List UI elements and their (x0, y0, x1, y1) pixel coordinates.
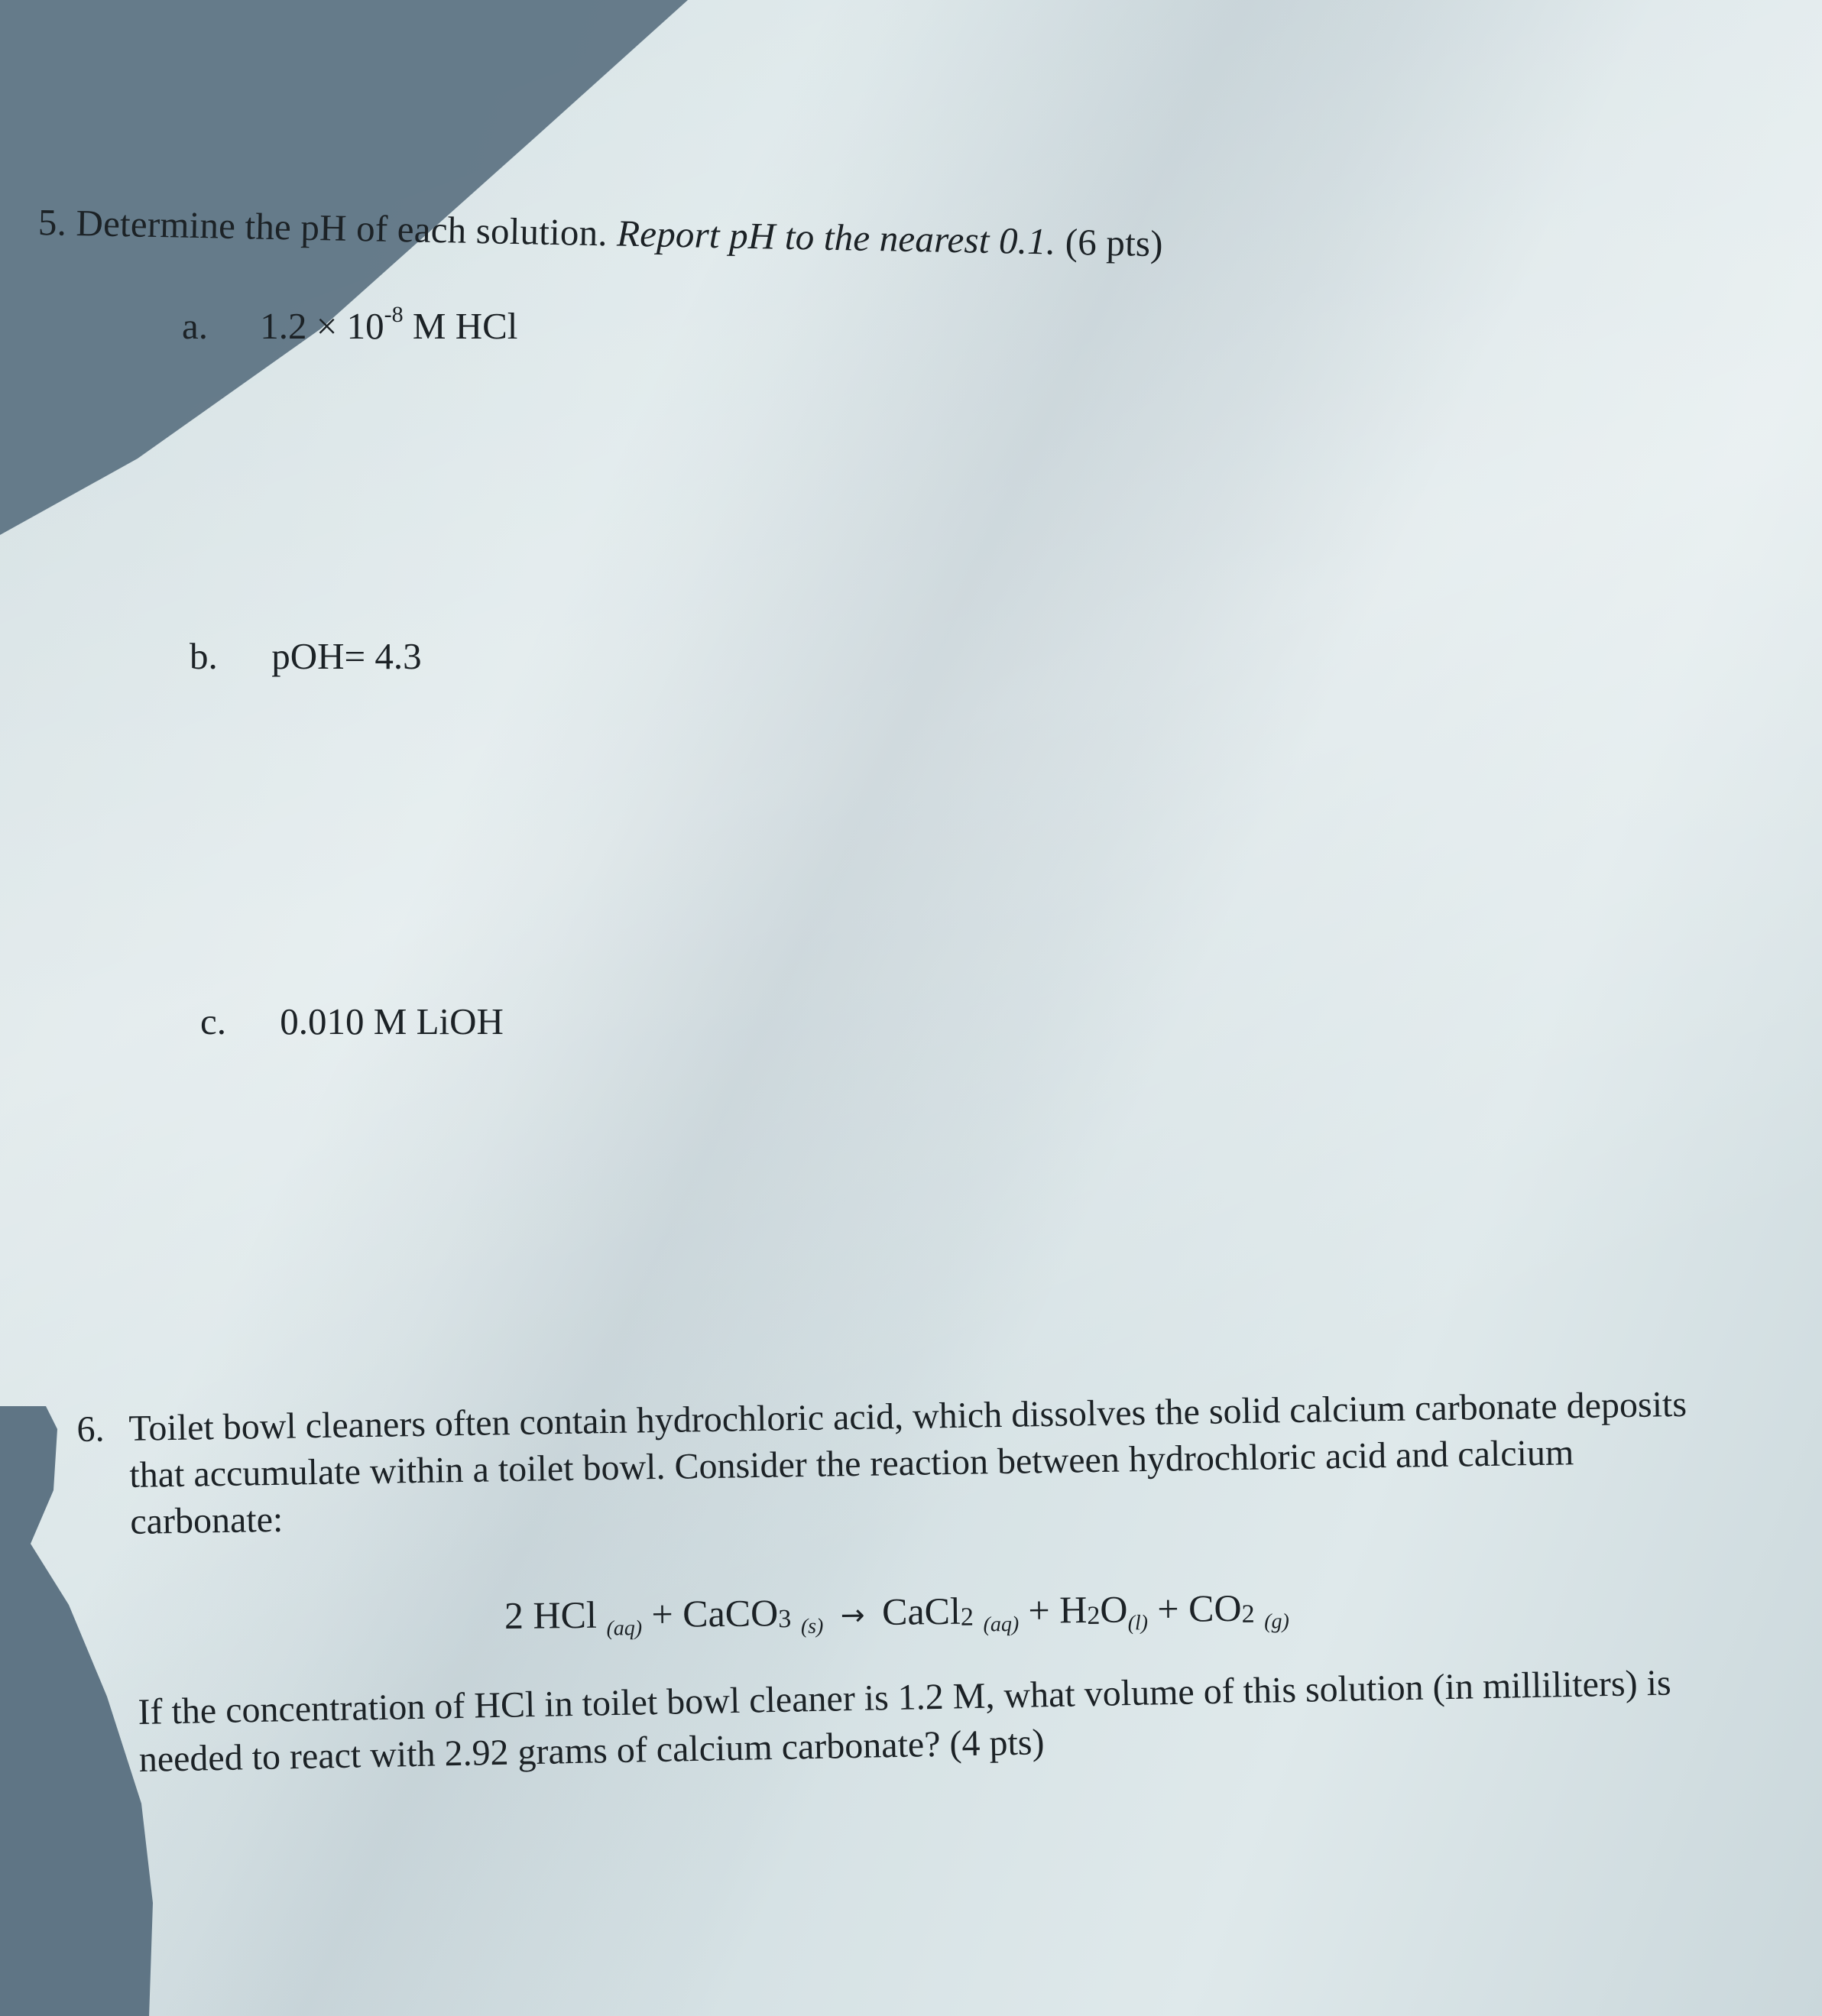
part-label: a. (182, 304, 251, 348)
question-5-part-b: b. pOH= 4.3 (190, 634, 422, 678)
product-1: CaCl2 (aq) (882, 1589, 1020, 1633)
reaction-arrow-icon: → (841, 1598, 865, 1632)
question-6-number: 6. (76, 1405, 105, 1453)
part-a-exponent: -8 (384, 302, 404, 327)
plus-sign: + (1157, 1587, 1179, 1630)
question-5-points: (6 pts) (1065, 221, 1163, 264)
question-5-number: 5. (37, 201, 66, 244)
part-c-text: 0.010 M LiOH (280, 1000, 504, 1042)
part-label: b. (190, 634, 262, 678)
product-2: H2O(l) (1059, 1587, 1148, 1631)
part-a-coefficient: 1.2 × 10 (260, 305, 384, 347)
reactant-1: 2 HCl (aq) (504, 1593, 643, 1637)
question-5-instruction: Report pH to the nearest 0.1. (617, 212, 1056, 263)
plus-sign: + (651, 1593, 673, 1635)
question-6-intro: 6. Toilet bowl cleaners often contain hy… (76, 1380, 1730, 1546)
part-label: c. (200, 1000, 271, 1043)
question-5-part-c: c. 0.010 M LiOH (200, 1000, 504, 1043)
chemical-equation: 2 HCl (aq) + CaCO3 (s) → CaCl2 (aq) + H2… (504, 1585, 1289, 1642)
question-6-intro-text: Toilet bowl cleaners often contain hydro… (128, 1380, 1730, 1545)
product-3: CO2 (g) (1188, 1586, 1289, 1629)
part-a-rest: M HCl (413, 305, 518, 347)
reactant-2: CaCO3 (s) (682, 1591, 824, 1635)
part-b-text: pOH= 4.3 (271, 635, 421, 677)
question-6-points: (4 pts) (949, 1722, 1045, 1764)
plus-sign: + (1028, 1589, 1050, 1632)
question-5-part-a: a. 1.2 × 10-8 M HCl (182, 304, 517, 348)
